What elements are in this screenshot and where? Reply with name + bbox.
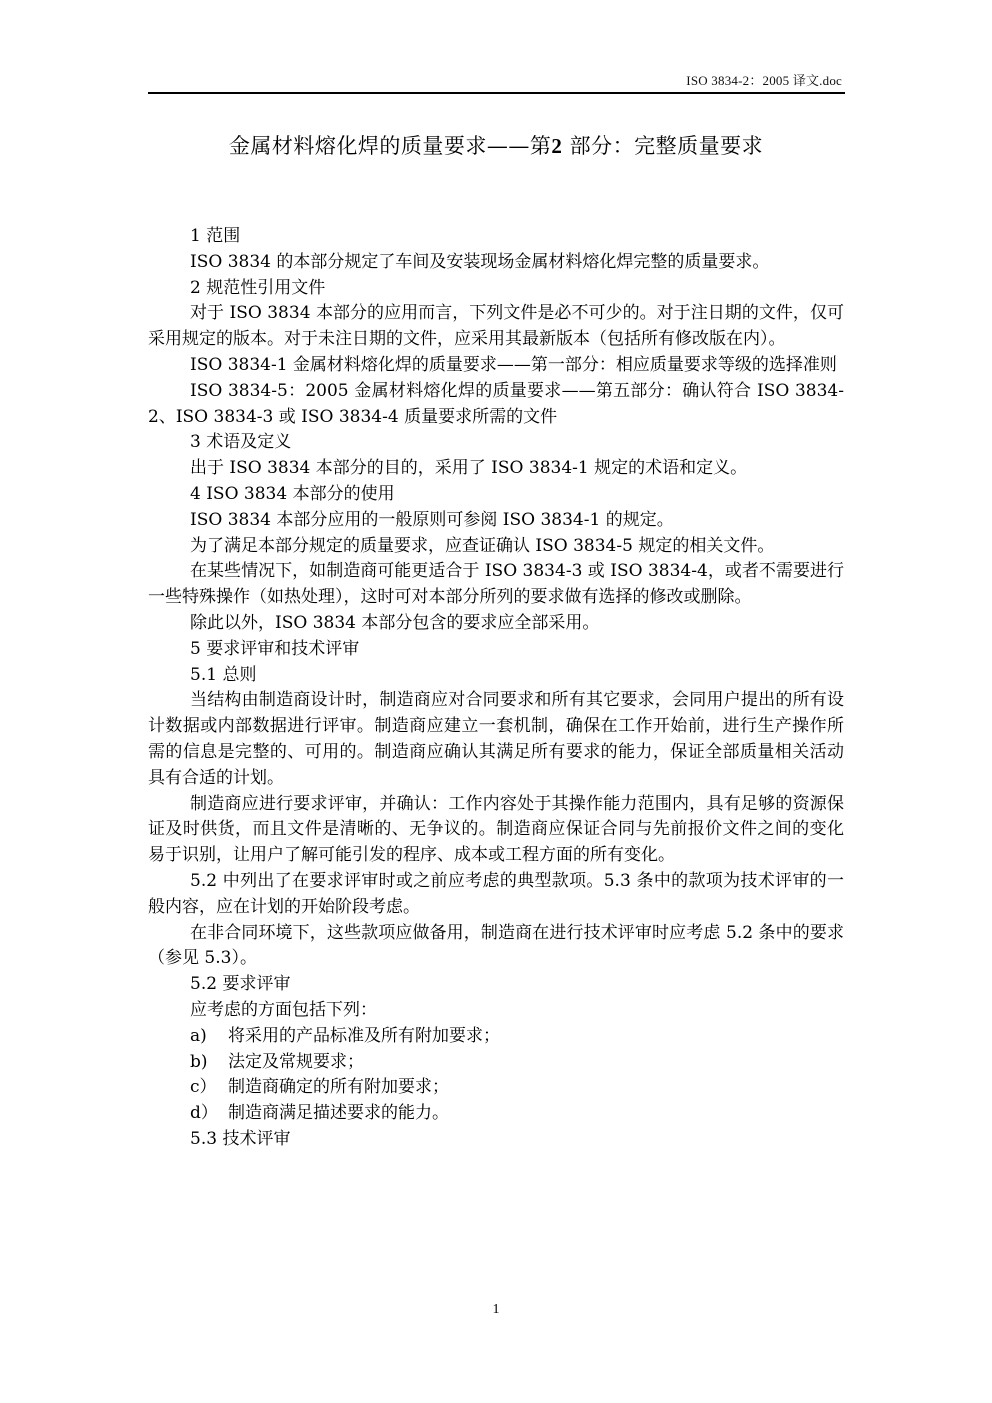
- list-item: c）制造商确定的所有附加要求；: [148, 1075, 844, 1101]
- paragraph: 除此以外，ISO 3834 本部分包含的要求应全部采用。: [148, 611, 844, 637]
- list-marker: a): [190, 1024, 228, 1050]
- list-text: 将采用的产品标准及所有附加要求；: [228, 1026, 500, 1046]
- paragraph: ISO 3834 本部分应用的一般原则可参阅 ISO 3834-1 的规定。: [148, 508, 844, 534]
- section-heading-5-3: 5.3 技术评审: [148, 1127, 844, 1153]
- document-title: 金属材料熔化焊的质量要求——第2 部分：完整质量要求: [0, 130, 992, 160]
- header-divider: [148, 92, 845, 94]
- list-marker: c）: [190, 1075, 228, 1101]
- list-item: b)法定及常规要求；: [148, 1050, 844, 1076]
- page-number: 1: [0, 1302, 992, 1318]
- list-text: 法定及常规要求；: [228, 1052, 364, 1072]
- title-suffix: 部分：完整质量要求: [562, 134, 763, 158]
- title-prefix: 金属材料熔化焊的质量要求——第: [229, 134, 552, 158]
- section-heading-3: 3 术语及定义: [148, 430, 844, 456]
- list-item: a)将采用的产品标准及所有附加要求；: [148, 1024, 844, 1050]
- paragraph: 制造商应进行要求评审，并确认：工作内容处于其操作能力范围内，具有足够的资源保证及…: [148, 792, 844, 869]
- document-body: 1 范围 ISO 3834 的本部分规定了车间及安装现场金属材料熔化焊完整的质量…: [148, 224, 844, 1153]
- reference-item: ISO 3834-1 金属材料熔化焊的质量要求——第一部分：相应质量要求等级的选…: [148, 353, 844, 379]
- paragraph: 在非合同环境下，这些款项应做备用，制造商在进行技术评审时应考虑 5.2 条中的要…: [148, 921, 844, 973]
- paragraph: ISO 3834 的本部分规定了车间及安装现场金属材料熔化焊完整的质量要求。: [148, 250, 844, 276]
- list-item: d）制造商满足描述要求的能力。: [148, 1101, 844, 1127]
- paragraph: 5.2 中列出了在要求评审时或之前应考虑的典型款项。5.3 条中的款项为技术评审…: [148, 869, 844, 921]
- paragraph: 对于 ISO 3834 本部分的应用而言，下列文件是必不可少的。对于注日期的文件…: [148, 301, 844, 353]
- title-part-number: 2: [551, 134, 562, 158]
- list-marker: d）: [190, 1101, 228, 1127]
- list-marker: b): [190, 1050, 228, 1076]
- section-heading-5-1: 5.1 总则: [148, 663, 844, 689]
- section-heading-1: 1 范围: [148, 224, 844, 250]
- paragraph: 应考虑的方面包括下列：: [148, 998, 844, 1024]
- reference-item: ISO 3834-5：2005 金属材料熔化焊的质量要求——第五部分：确认符合 …: [148, 379, 844, 431]
- section-heading-5-2: 5.2 要求评审: [148, 972, 844, 998]
- section-heading-4: 4 ISO 3834 本部分的使用: [148, 482, 844, 508]
- section-heading-2: 2 规范性引用文件: [148, 276, 844, 302]
- paragraph: 出于 ISO 3834 本部分的目的，采用了 ISO 3834-1 规定的术语和…: [148, 456, 844, 482]
- paragraph: 当结构由制造商设计时，制造商应对合同要求和所有其它要求，会同用户提出的所有设计数…: [148, 688, 844, 791]
- paragraph: 在某些情况下，如制造商可能更适合于 ISO 3834-3 或 ISO 3834-…: [148, 559, 844, 611]
- list-text: 制造商满足描述要求的能力。: [228, 1103, 449, 1123]
- paragraph: 为了满足本部分规定的质量要求，应查证确认 ISO 3834-5 规定的相关文件。: [148, 534, 844, 560]
- section-heading-5: 5 要求评审和技术评审: [148, 637, 844, 663]
- list-text: 制造商确定的所有附加要求；: [228, 1077, 449, 1097]
- header-filename: ISO 3834-2：2005 译文.doc: [686, 70, 842, 89]
